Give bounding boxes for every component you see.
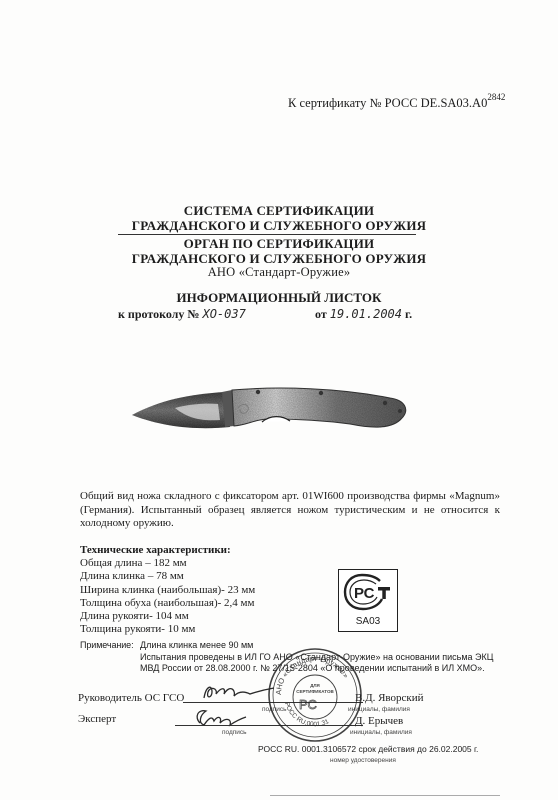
date-value: 19.01.2004 [330,307,402,321]
protocol-number: ХО-037 [202,307,245,321]
expert-label: Эксперт [78,713,116,725]
spec-item: Общая длина – 182 мм [80,557,255,570]
registration-caption: номер удостоверения [330,757,396,764]
expert-signature-caption: подпись [222,729,247,736]
specs-heading: Технические характеристики: [80,544,255,557]
head-label: Руководитель ОС ГСО [78,692,184,704]
stamp-seal-icon: АНО «Стандарт-Оружие» РОСС RU.0001.31 ДЛ… [265,645,365,745]
spec-item: Длина клинка – 78 мм [80,570,255,583]
spec-item: Толщина рукояти- 10 мм [80,623,255,636]
header-system-subtitle: ГРАЖДАНСКОГО И СЛУЖЕБНОГО ОРУЖИЯ [0,218,558,234]
registration-number: РОСС RU. 0001.3106572 срок действия до 2… [258,744,478,754]
header-organization: АНО «Стандарт-Оружие» [0,265,558,280]
date-line: от 19.01.2004 г. [315,307,412,322]
svg-text:РС: РС [299,697,317,712]
product-description: Общий вид ножа складного с фиксатором ар… [80,490,500,531]
head-name: В.Д. Яворский [355,692,424,704]
svg-text:РС: РС [354,585,375,602]
technical-specs: Технические характеристики: Общая длина … [80,544,255,636]
bottom-edge-line [270,795,500,796]
knife-image [130,370,450,470]
spec-item: Ширина клинка (наибольшая)- 23 мм [80,584,255,597]
certification-mark-code: SA03 [339,616,397,627]
svg-text:СЕРТИФИКАТОВ: СЕРТИФИКАТОВ [296,689,334,694]
svg-text:ДЛЯ: ДЛЯ [310,683,320,688]
certificate-reference: К сертификату № РОСС DE.SA03.A02842 [288,92,505,111]
date-suffix: г. [405,307,412,321]
header-body-title: ОРГАН ПО СЕРТИФИКАЦИИ [0,236,558,252]
date-label: от [315,307,327,321]
info-sheet-title: ИНФОРМАЦИОННЫЙ ЛИСТОК [0,290,558,306]
header-system-title: СИСТЕМА СЕРТИФИКАЦИИ [0,203,558,219]
protocol-label: к протоколу № [118,307,199,321]
expert-signature-icon [190,707,250,729]
spec-item: Длина рукояти- 104 мм [80,610,255,623]
pct-logo-icon: РС [342,573,394,613]
certification-mark: РС SA03 [338,569,398,632]
certificate-info-sheet: К сертификату № РОСС DE.SA03.A02842 СИСТ… [0,0,558,800]
official-stamp: АНО «Стандарт-Оружие» РОСС RU.0001.31 ДЛ… [265,645,365,745]
protocol-line: к протоколу № ХО-037 [118,307,246,322]
folding-knife-icon [130,370,450,470]
header-divider [118,234,416,235]
certificate-number-suffix: 2842 [487,92,505,102]
certificate-reference-text: К сертификату № РОСС DE.SA03.A0 [288,96,487,110]
spec-item: Толщина обуха (наибольшая)- 2,4 мм [80,597,255,610]
note-label: Примечание: [80,640,134,650]
